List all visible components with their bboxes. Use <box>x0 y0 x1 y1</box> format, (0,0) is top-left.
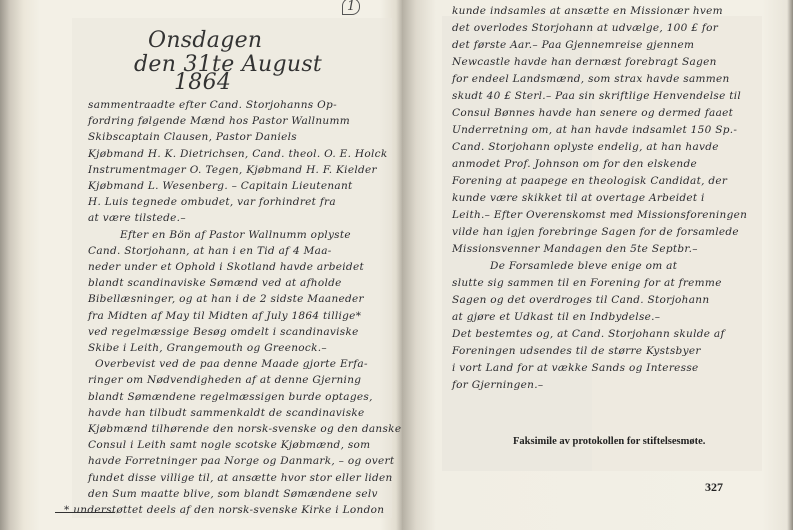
handwritten-line: ringer om Nødvendigheden af at denne Gje… <box>88 375 361 385</box>
handwritten-line: ved regelmæssige Besøg omdelt i scandina… <box>88 327 359 337</box>
handwritten-line: den Sum maatte blive, som blandt Sømænde… <box>88 489 378 499</box>
handwritten-line: Kjøbmænd tilhørende den norsk-svenske og… <box>88 424 401 434</box>
handwritten-line: Newcastle havde han dernæst forebragt Sa… <box>452 57 717 67</box>
book-spread: 1 Onsdagen den 31te August 1864 sammentr… <box>0 0 793 530</box>
handwritten-line: kunde være skikket til at overtage Arbei… <box>452 193 705 203</box>
handwritten-line: Cand. Storjohann, at han i en Tid af 4 M… <box>88 246 332 256</box>
folio-mark: 1 <box>342 0 360 15</box>
handwritten-line: for Gjerningen.– <box>452 380 543 390</box>
page-number: 327 <box>705 480 723 495</box>
handwritten-line: sammentraadte efter Cand. Storjohanns Op… <box>88 100 337 110</box>
handwritten-line: Foreningen udsendes til de større Kystsb… <box>452 346 701 356</box>
handwritten-line: vilde han igjen forebringe Sagen for de … <box>452 227 739 237</box>
handwritten-line: havde Forretninger paa Norge og Danmark,… <box>88 456 394 466</box>
handwritten-line: det første Aar.– Paa Gjennemreise gjenne… <box>452 40 694 50</box>
handwritten-line: Underretning om, at han havde indsamlet … <box>452 125 737 135</box>
handwritten-line: i vort Land for at vække Sands og Intere… <box>452 363 699 373</box>
handwritten-line: Overbevist ved de paa denne Maade gjorte… <box>95 359 368 369</box>
handwritten-line: for endeel Landsmænd, som strax havde sa… <box>452 74 730 84</box>
heading-weekday: Onsdagen <box>148 28 262 53</box>
handwritten-line: Missionsvenner Mandagen den 5te Septbr.– <box>452 244 698 254</box>
handwritten-line: Consul Bønnes havde han senere og dermed… <box>452 108 733 118</box>
handwritten-line: havde han tilbudt sammenkaldt de scandin… <box>88 408 365 418</box>
handwritten-line: fundet disse villige til, at ansætte hvo… <box>88 473 393 483</box>
handwritten-line: Kjøbmand L. Wesenberg. – Capitain Lieute… <box>88 181 353 191</box>
figure-caption: Faksimile av protokollen for stiftelsesm… <box>513 436 705 447</box>
handwritten-line: kunde indsamles at ansætte en Missionær … <box>452 6 723 16</box>
handwritten-line: blandt Sømændene regelmæssigen burde opt… <box>88 392 373 402</box>
handwritten-line: Det bestemtes og, at Cand. Storjohann sk… <box>452 329 725 339</box>
handwritten-line: Bibellæsninger, og at han i de 2 sidste … <box>88 294 364 304</box>
handwritten-line: at være tilstede.– <box>88 213 186 223</box>
handwritten-line: H. Luis tegnede ombudet, var forhindret … <box>88 197 336 207</box>
handwritten-line: Kjøbmand H. K. Dietrichsen, Cand. theol.… <box>88 149 388 159</box>
handwritten-line: Leith.– Efter Overenskomst med Missionsf… <box>452 210 747 220</box>
handwritten-line: skudt 40 £ Sterl.– Paa sin skriftlige He… <box>452 91 741 101</box>
footnote-rule <box>55 512 115 513</box>
heading-year: 1864 <box>174 70 231 95</box>
handwritten-line: Consul i Leith samt nogle scotske Kjøbmæ… <box>88 440 370 450</box>
handwritten-line: fordring følgende Mænd hos Pastor Wallnu… <box>88 116 350 126</box>
handwritten-line: blandt scandinaviske Sømænd ved at afhol… <box>88 278 342 288</box>
handwritten-line: fra Midten af May til Midten af July 186… <box>88 311 361 321</box>
handwritten-line: slutte sig sammen til en Forening for at… <box>452 278 722 288</box>
left-page: 1 Onsdagen den 31te August 1864 sammentr… <box>0 0 402 530</box>
handwritten-line: Forening at paapege en theologisk Candid… <box>452 176 727 186</box>
handwritten-line: Efter en Bön af Pastor Wallnumm oplyste <box>120 230 351 240</box>
handwritten-line: Instrumentmager O. Tegen, Kjøbmand H. F.… <box>88 165 377 175</box>
handwritten-line: neder under et Ophold i Skotland havde a… <box>88 262 364 272</box>
right-page: kunde indsamles at ansætte en Missionær … <box>402 0 793 530</box>
handwritten-line: Skibe i Leith, Grangemouth og Greenock.– <box>88 343 327 353</box>
handwritten-line: anmodet Prof. Johnson om for den elskend… <box>452 159 697 169</box>
handwritten-line: det overlodes Storjohann at udvælge, 100… <box>452 23 718 33</box>
handwritten-line: De Forsamlede bleve enige om at <box>490 261 677 271</box>
handwritten-line: Sagen og det overdroges til Cand. Storjo… <box>452 295 709 305</box>
handwritten-line: at gjøre et Udkast til en Indbydelse.– <box>452 312 660 322</box>
handwritten-line: Cand. Storjohann oplyste endelig, at han… <box>452 142 719 152</box>
handwritten-line: Skibscaptain Clausen, Pastor Daniels <box>88 132 297 142</box>
handwritten-line: * understøttet deels af den norsk-svensk… <box>64 505 384 515</box>
